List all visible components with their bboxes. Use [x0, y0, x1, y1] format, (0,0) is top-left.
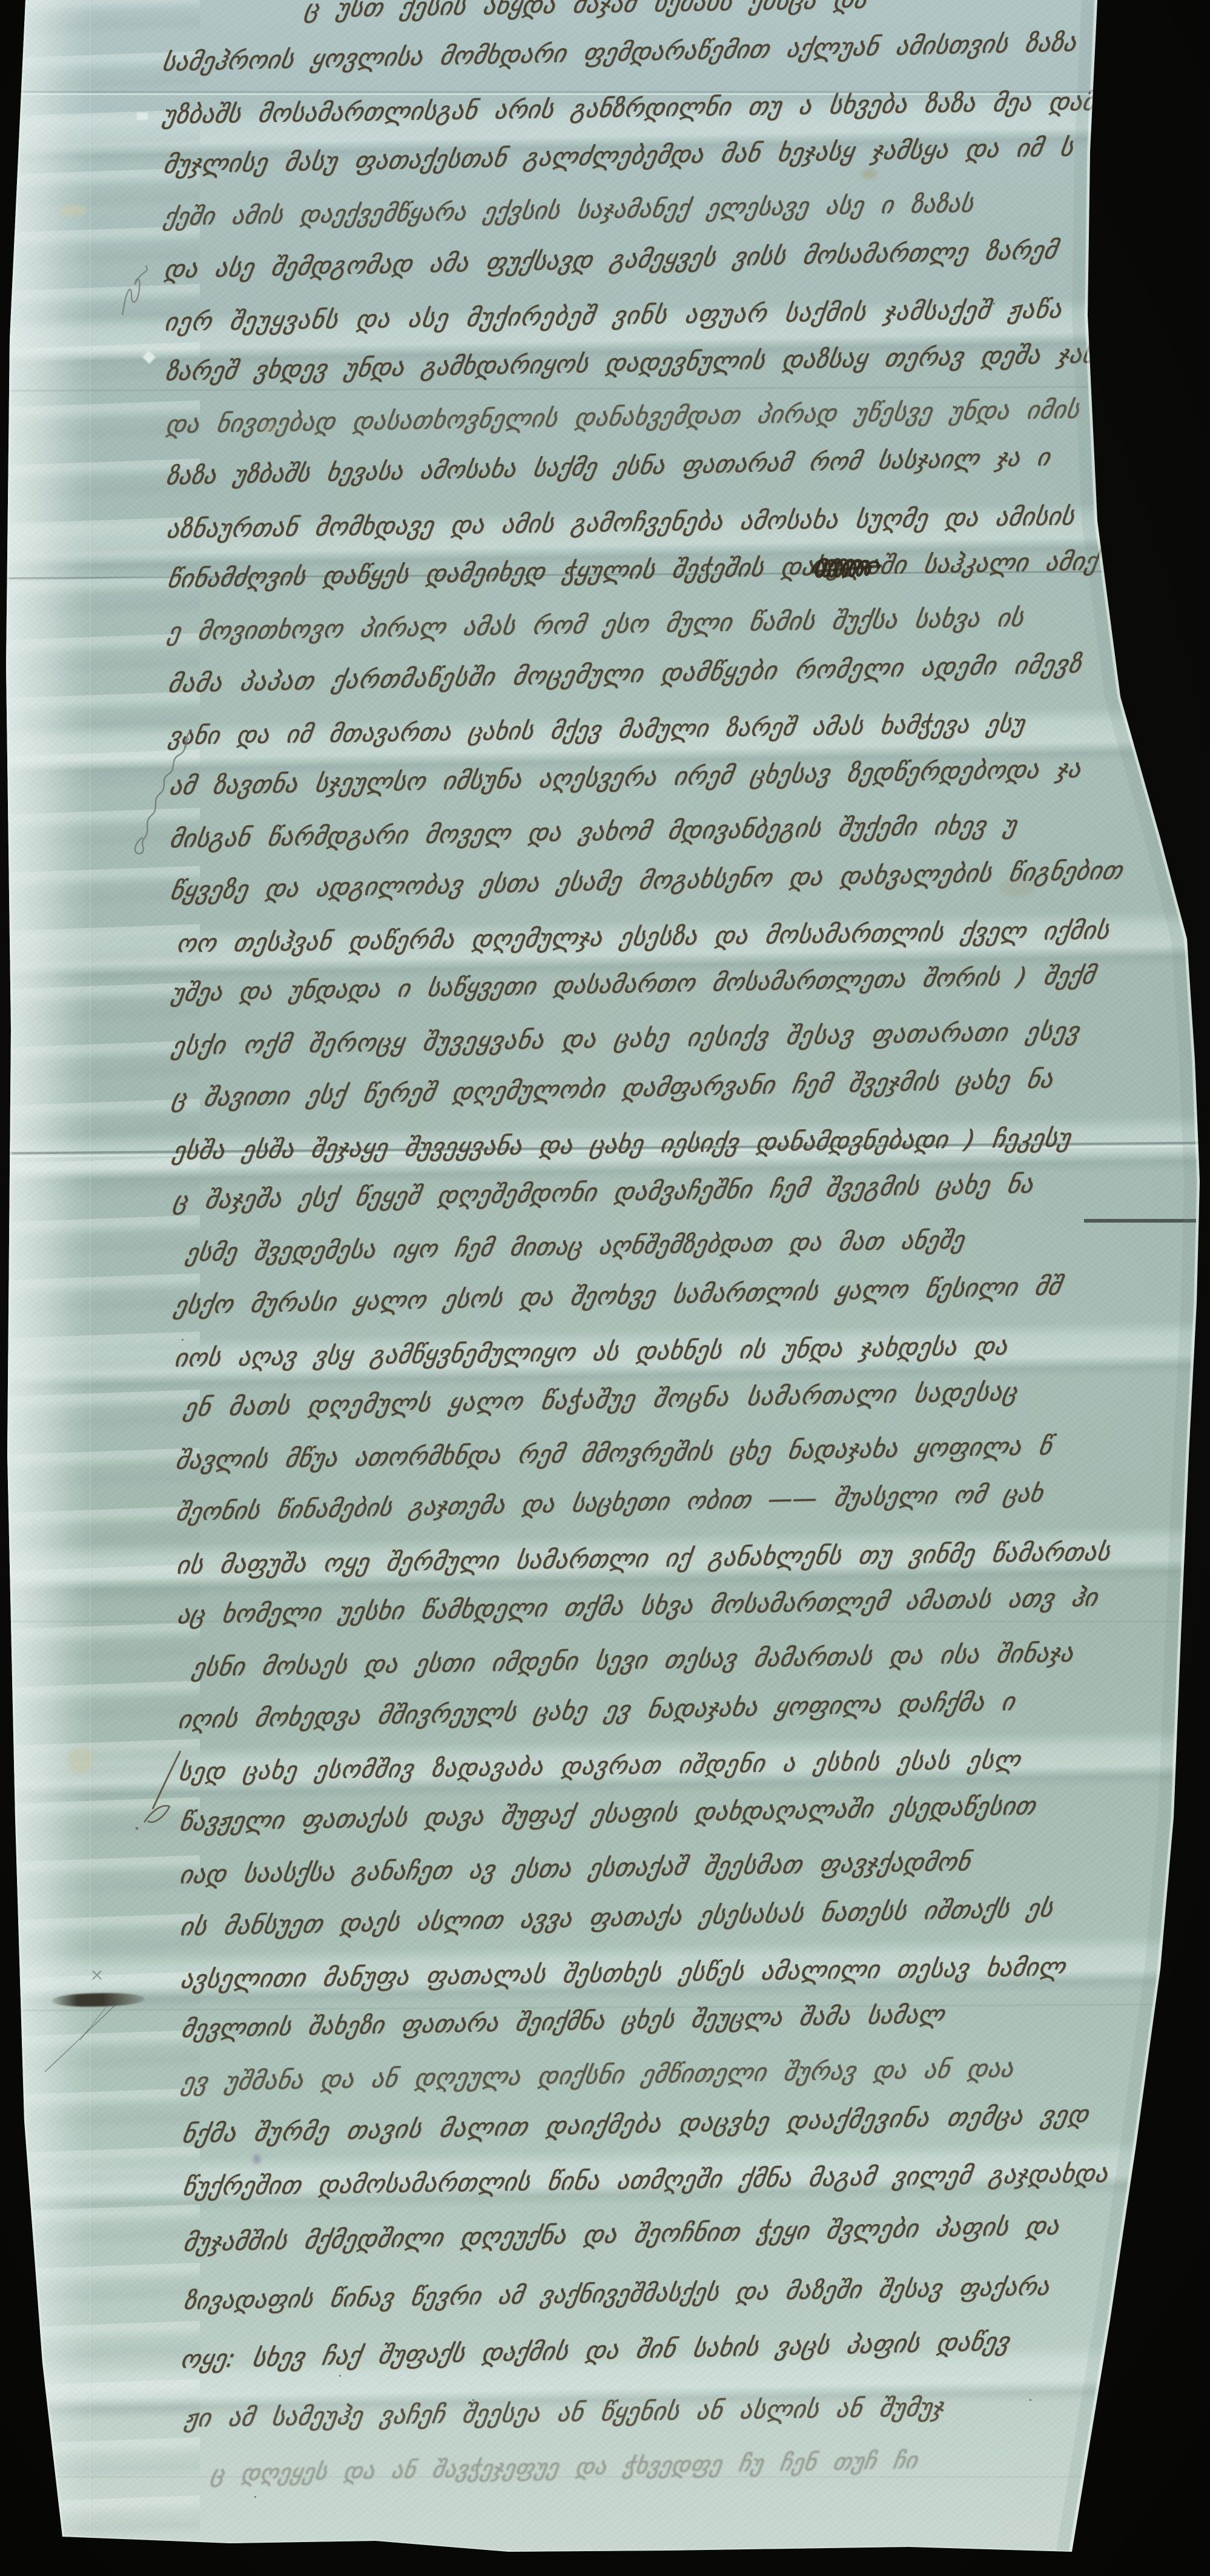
- photo-background: ც უსთ ქესის აწყდა მაჯამ ხეშანს ემსცა დას…: [0, 0, 1210, 2576]
- manuscript-paper: ც უსთ ქესის აწყდა მაჯამ ხეშანს ემსცა დას…: [0, 0, 1210, 2576]
- paper-edge-highlight: [0, 0, 1210, 2576]
